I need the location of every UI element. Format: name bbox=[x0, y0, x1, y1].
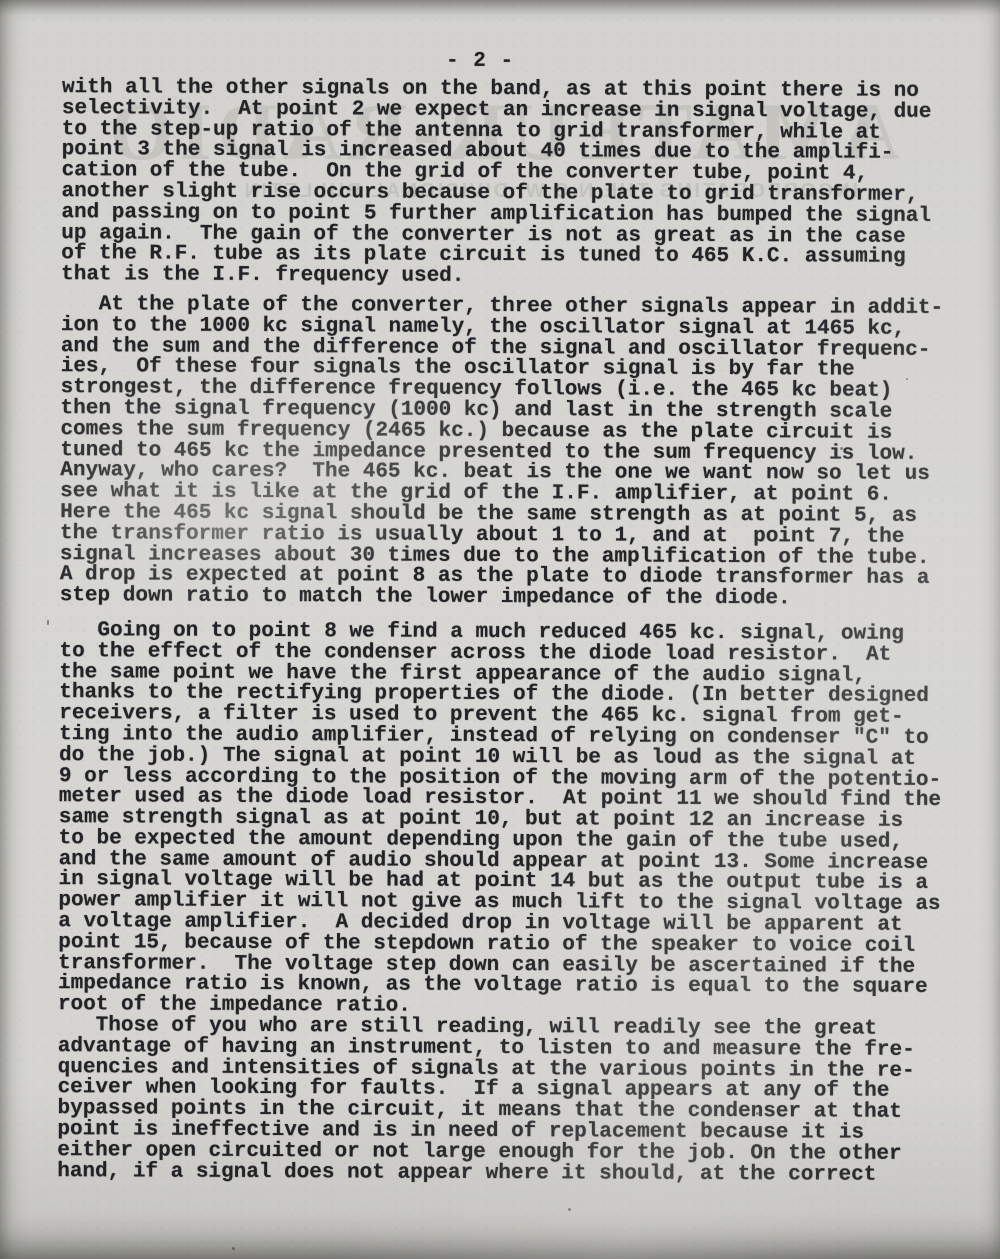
ink-speck bbox=[840, 447, 843, 450]
paragraph-1: with all the other signals on the band, … bbox=[61, 78, 944, 290]
ink-speck bbox=[756, 1112, 759, 1115]
paragraph-3: Going on to point 8 we find a much reduc… bbox=[58, 621, 942, 1020]
ink-speck bbox=[568, 1208, 571, 1211]
page-number: - 2 - bbox=[446, 50, 514, 73]
ink-speck bbox=[906, 378, 908, 380]
paragraph-2: At the plate of the converter, three oth… bbox=[60, 295, 944, 611]
ink-speck bbox=[47, 620, 49, 625]
typewritten-text-layer: - 2 - with all the other signals on the … bbox=[0, 0, 1000, 1259]
scanned-document-page: AMATEUR-RADIO INCORPORATING THE N.S.W. D… bbox=[0, 0, 1000, 1259]
ink-speck bbox=[120, 648, 122, 650]
ink-speck bbox=[232, 1247, 235, 1250]
paragraph-4: Those of you who are still reading, will… bbox=[57, 1016, 940, 1186]
document-body: with all the other signals on the band, … bbox=[57, 78, 944, 1186]
